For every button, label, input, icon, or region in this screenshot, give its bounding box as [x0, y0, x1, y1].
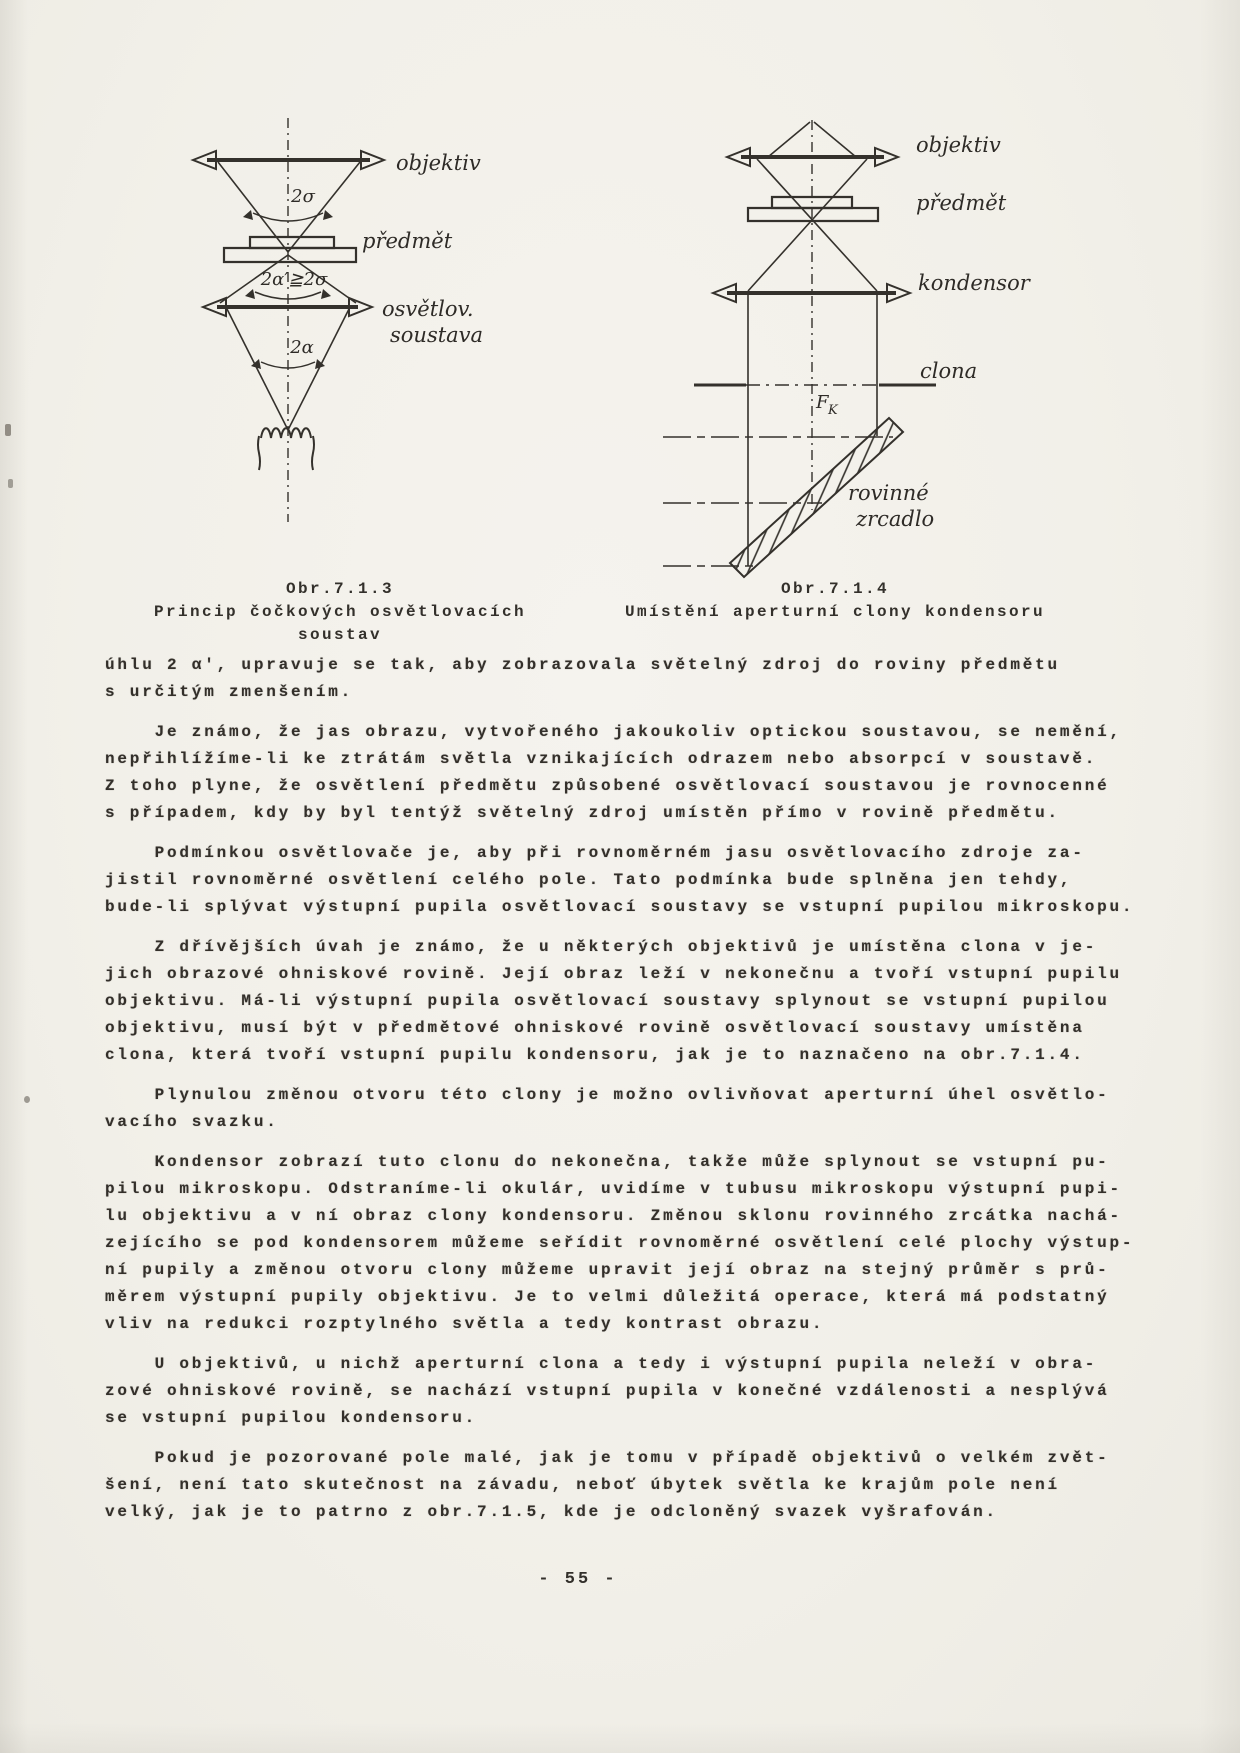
angle-label-2sigma: 2σ — [290, 186, 315, 207]
figure2-caption: Obr.7.1.4 Umístění aperturní clony konde… — [605, 578, 1065, 624]
label-objektiv: objektiv — [916, 133, 1001, 157]
body-paragraph: Je známo, že jas obrazu, vytvořeného jak… — [105, 719, 1185, 827]
label-soustava: soustava — [390, 323, 483, 347]
body-paragraph: U objektivů, u nichž aperturní clona a t… — [105, 1351, 1185, 1432]
label-objektiv: objektiv — [396, 151, 481, 175]
scan-speck — [24, 1096, 30, 1103]
label-predmet: předmět — [362, 229, 453, 253]
label-kondensor: kondensor — [918, 271, 1032, 295]
scan-speck — [5, 424, 11, 436]
figure2-caption-text: Umístění aperturní clony kondensoru — [605, 601, 1065, 624]
body-paragraph: úhlu 2 α′, upravuje se tak, aby zobrazov… — [105, 652, 1185, 706]
label-clona: clona — [920, 359, 977, 383]
page-number: - 55 - — [0, 1568, 1156, 1592]
figure1-caption-text: Princip čočkových osvětlovacích soustav — [125, 601, 555, 647]
figure1-caption: Obr.7.1.3 Princip čočkových osvětlovacíc… — [125, 578, 555, 647]
document-page: 2σ 2α′≧2σ 2α — [0, 0, 1240, 1753]
body-paragraph: Kondensor zobrazí tuto clonu do nekonečn… — [105, 1149, 1185, 1338]
figure-obr-7-1-4: F K objektiv předmět kondensor clona rov… — [620, 100, 1040, 580]
figure-obr-7-1-3: 2σ 2α′≧2σ 2α — [150, 100, 540, 580]
object-slide — [748, 197, 878, 221]
body-paragraph: Pokud je pozorované pole malé, jak je to… — [105, 1445, 1185, 1526]
label-zrcadlo: zrcadlo — [855, 507, 934, 531]
label-osvetlov: osvětlov. — [382, 297, 474, 321]
focal-point-label: F K — [815, 392, 839, 418]
label-predmet: předmět — [916, 191, 1007, 215]
rays-objective-to-object — [218, 162, 360, 252]
label-rovinne: rovinné — [848, 481, 929, 505]
body-paragraph: Plynulou změnou otvoru této clony je mož… — [105, 1082, 1185, 1136]
figure1-caption-number: Obr.7.1.3 — [125, 578, 555, 601]
body-text: úhlu 2 α′, upravuje se tak, aby zobrazov… — [105, 652, 1185, 1539]
svg-text:K: K — [827, 403, 839, 418]
body-paragraph: Podmínkou osvětlovače je, aby při rovnom… — [105, 840, 1185, 921]
figure2-caption-number: Obr.7.1.4 — [605, 578, 1065, 601]
body-paragraph: Z dřívějších úvah je známo, že u některý… — [105, 934, 1185, 1069]
angle-label-2alpha: 2α — [289, 337, 314, 358]
scan-speck — [8, 479, 13, 488]
angle-label-2alpha-2sigma: 2α′≧2σ — [260, 269, 328, 290]
lamp-filament-icon — [258, 428, 314, 470]
